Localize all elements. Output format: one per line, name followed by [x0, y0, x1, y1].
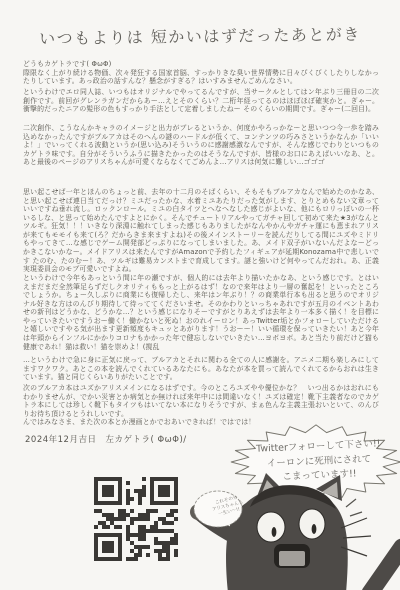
paragraph-fanwork: 二次創作、こうなんかキャラのイメージと出力がブレるというか、何度かやろっかなーと… [23, 124, 379, 167]
cat-eye-right [299, 509, 325, 539]
cat-eye-left [257, 512, 285, 542]
paragraph-doujinshi: というわけでエロ同人誌、いつもはオリジナルでやってるんですが、当サークルとしては… [23, 88, 379, 114]
cat-tail [370, 547, 400, 590]
date-signature: 2024年12月吉日 左カゲトラ( ΦωΦ)/ [25, 433, 187, 445]
afterword-page: いつもよりは 短かいはずだったあとがき どうもカゲトラです( ΦωΦ) 際限なく… [0, 0, 400, 590]
cat-pupil-left [272, 527, 277, 537]
paragraph-greeting: どうもカゲトラです( ΦωΦ) 際限なく上がり続ける物価、次々発狂する国家首脳、… [23, 60, 379, 86]
speech-bubble-shape [231, 425, 400, 499]
cat-illustration [170, 415, 400, 590]
paragraph-lookback: 思い起こせば一年とほんのちょっと前、去年の十二月のそばくらい、そもそもブルアカな… [23, 188, 379, 274]
emphasis-lines [346, 499, 362, 516]
paragraph-yearend: というわけで今年もあっという間に年の瀬ですが、個人的には去年より描いたかなあ、と… [23, 274, 379, 351]
page-title: いつもよりは 短かいはずだったあとがき [0, 21, 400, 50]
qr-code [94, 477, 178, 561]
cat-teeth [279, 551, 305, 566]
cat-pupil-right [312, 524, 317, 534]
paragraph-thanks: …というわけで急に身に正気に戻って、ブルアカとそれに関わる全ての人に感謝を。アニ… [23, 356, 379, 382]
mini-bubble-shape [194, 491, 242, 527]
